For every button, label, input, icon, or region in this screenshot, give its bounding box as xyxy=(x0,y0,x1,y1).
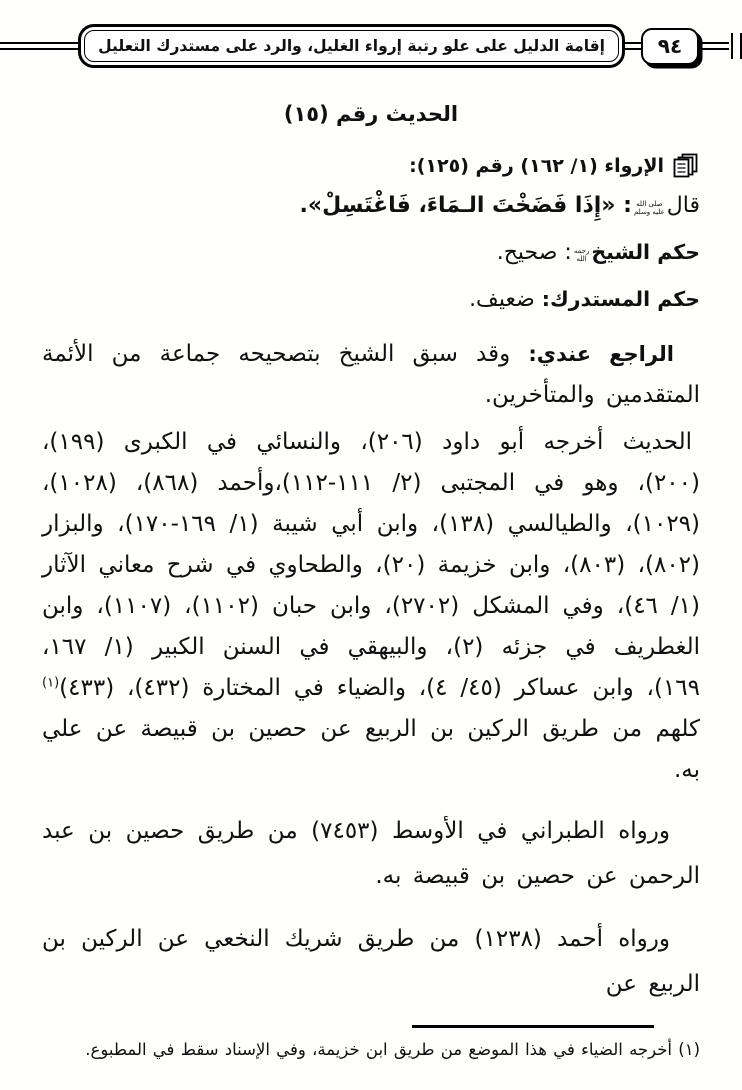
saw-bottom: عليه وسلم xyxy=(634,208,665,216)
footnote-text: (١) أخرجه الضياء في هذا الموضع من طريق ا… xyxy=(42,1037,700,1063)
source-reference: الإرواء (١/ ١٦٢) رقم (١٢٥): xyxy=(409,155,664,177)
rahimahullah-top: رحمه xyxy=(574,247,590,255)
page-content: الحديث رقم (١٥) الإرواء (١/ ١٦٢) رقم (١٢… xyxy=(0,102,742,1063)
hadith-intro: قال xyxy=(667,193,700,218)
takhrij-part2: كلهم من طريق الركين بن الربيع عن حصين بن… xyxy=(42,716,700,783)
rajih-paragraph: الراجع عندي: وقد سبق الشيخ بتصحيحه جماعة… xyxy=(42,334,700,416)
source-reference-row: الإرواء (١/ ١٦٢) رقم (١٢٥): xyxy=(42,153,700,178)
rahimahullah-bottom: الله xyxy=(577,255,587,263)
book-title: إقامة الدليل على علو رتبة إرواء الغليل، … xyxy=(84,30,619,62)
rahimahullah-symbol: رحمهالله xyxy=(574,247,590,263)
saw-honorific-symbol: صلى اللهعليه وسلم xyxy=(634,200,665,216)
saw-top: صلى الله xyxy=(636,200,662,208)
footnote-marker: (١) xyxy=(42,675,59,690)
sheikh-ruling-value: : صحيح. xyxy=(497,240,572,265)
book-page: إقامة الدليل على علو رتبة إرواء الغليل، … xyxy=(0,0,742,1090)
book-title-box: إقامة الدليل على علو رتبة إرواء الغليل، … xyxy=(78,24,625,68)
ahmad-paragraph: ورواه أحمد (١٢٣٨) من طريق شريك النخعي عن… xyxy=(42,917,700,1007)
page-number-badge: ٩٤ xyxy=(641,28,699,65)
header-rule-mid xyxy=(625,42,641,50)
hadith-matn: : «إِذَا فَضَخْتَ الـمَاءَ، فَاغْتَسِلْ»… xyxy=(300,193,632,218)
mustadrak-ruling-line: حكم المستدرك: ضعيف. xyxy=(42,287,700,312)
sheikh-ruling-line: حكم الشيخرحمهالله: صحيح. xyxy=(42,240,700,265)
header-rule-left xyxy=(0,42,78,50)
takhrij-paragraph: الحديث أخرجه أبو داود (٢٠٦)، والنسائي في… xyxy=(42,422,700,791)
hadith-number-heading: الحديث رقم (١٥) xyxy=(42,102,700,126)
rajih-label: الراجع عندي: xyxy=(528,342,674,366)
pages-icon xyxy=(673,153,700,178)
header-rule-right xyxy=(699,42,729,50)
header-rule-endcap xyxy=(731,33,742,59)
page-header: إقامة الدليل على علو رتبة إرواء الغليل، … xyxy=(0,24,742,68)
tabarani-paragraph: ورواه الطبراني في الأوسط (٧٤٥٣) من طريق … xyxy=(42,809,700,899)
hadith-text-line: قالصلى اللهعليه وسلم: «إِذَا فَضَخْتَ ال… xyxy=(42,193,700,218)
sheikh-ruling-label: حكم الشيخ xyxy=(591,240,700,264)
mustadrak-ruling-value: ضعيف. xyxy=(469,287,542,312)
takhrij-part1: الحديث أخرجه أبو داود (٢٠٦)، والنسائي في… xyxy=(42,429,700,701)
footnote-separator xyxy=(412,1025,654,1028)
mustadrak-ruling-label: حكم المستدرك: xyxy=(542,287,700,311)
